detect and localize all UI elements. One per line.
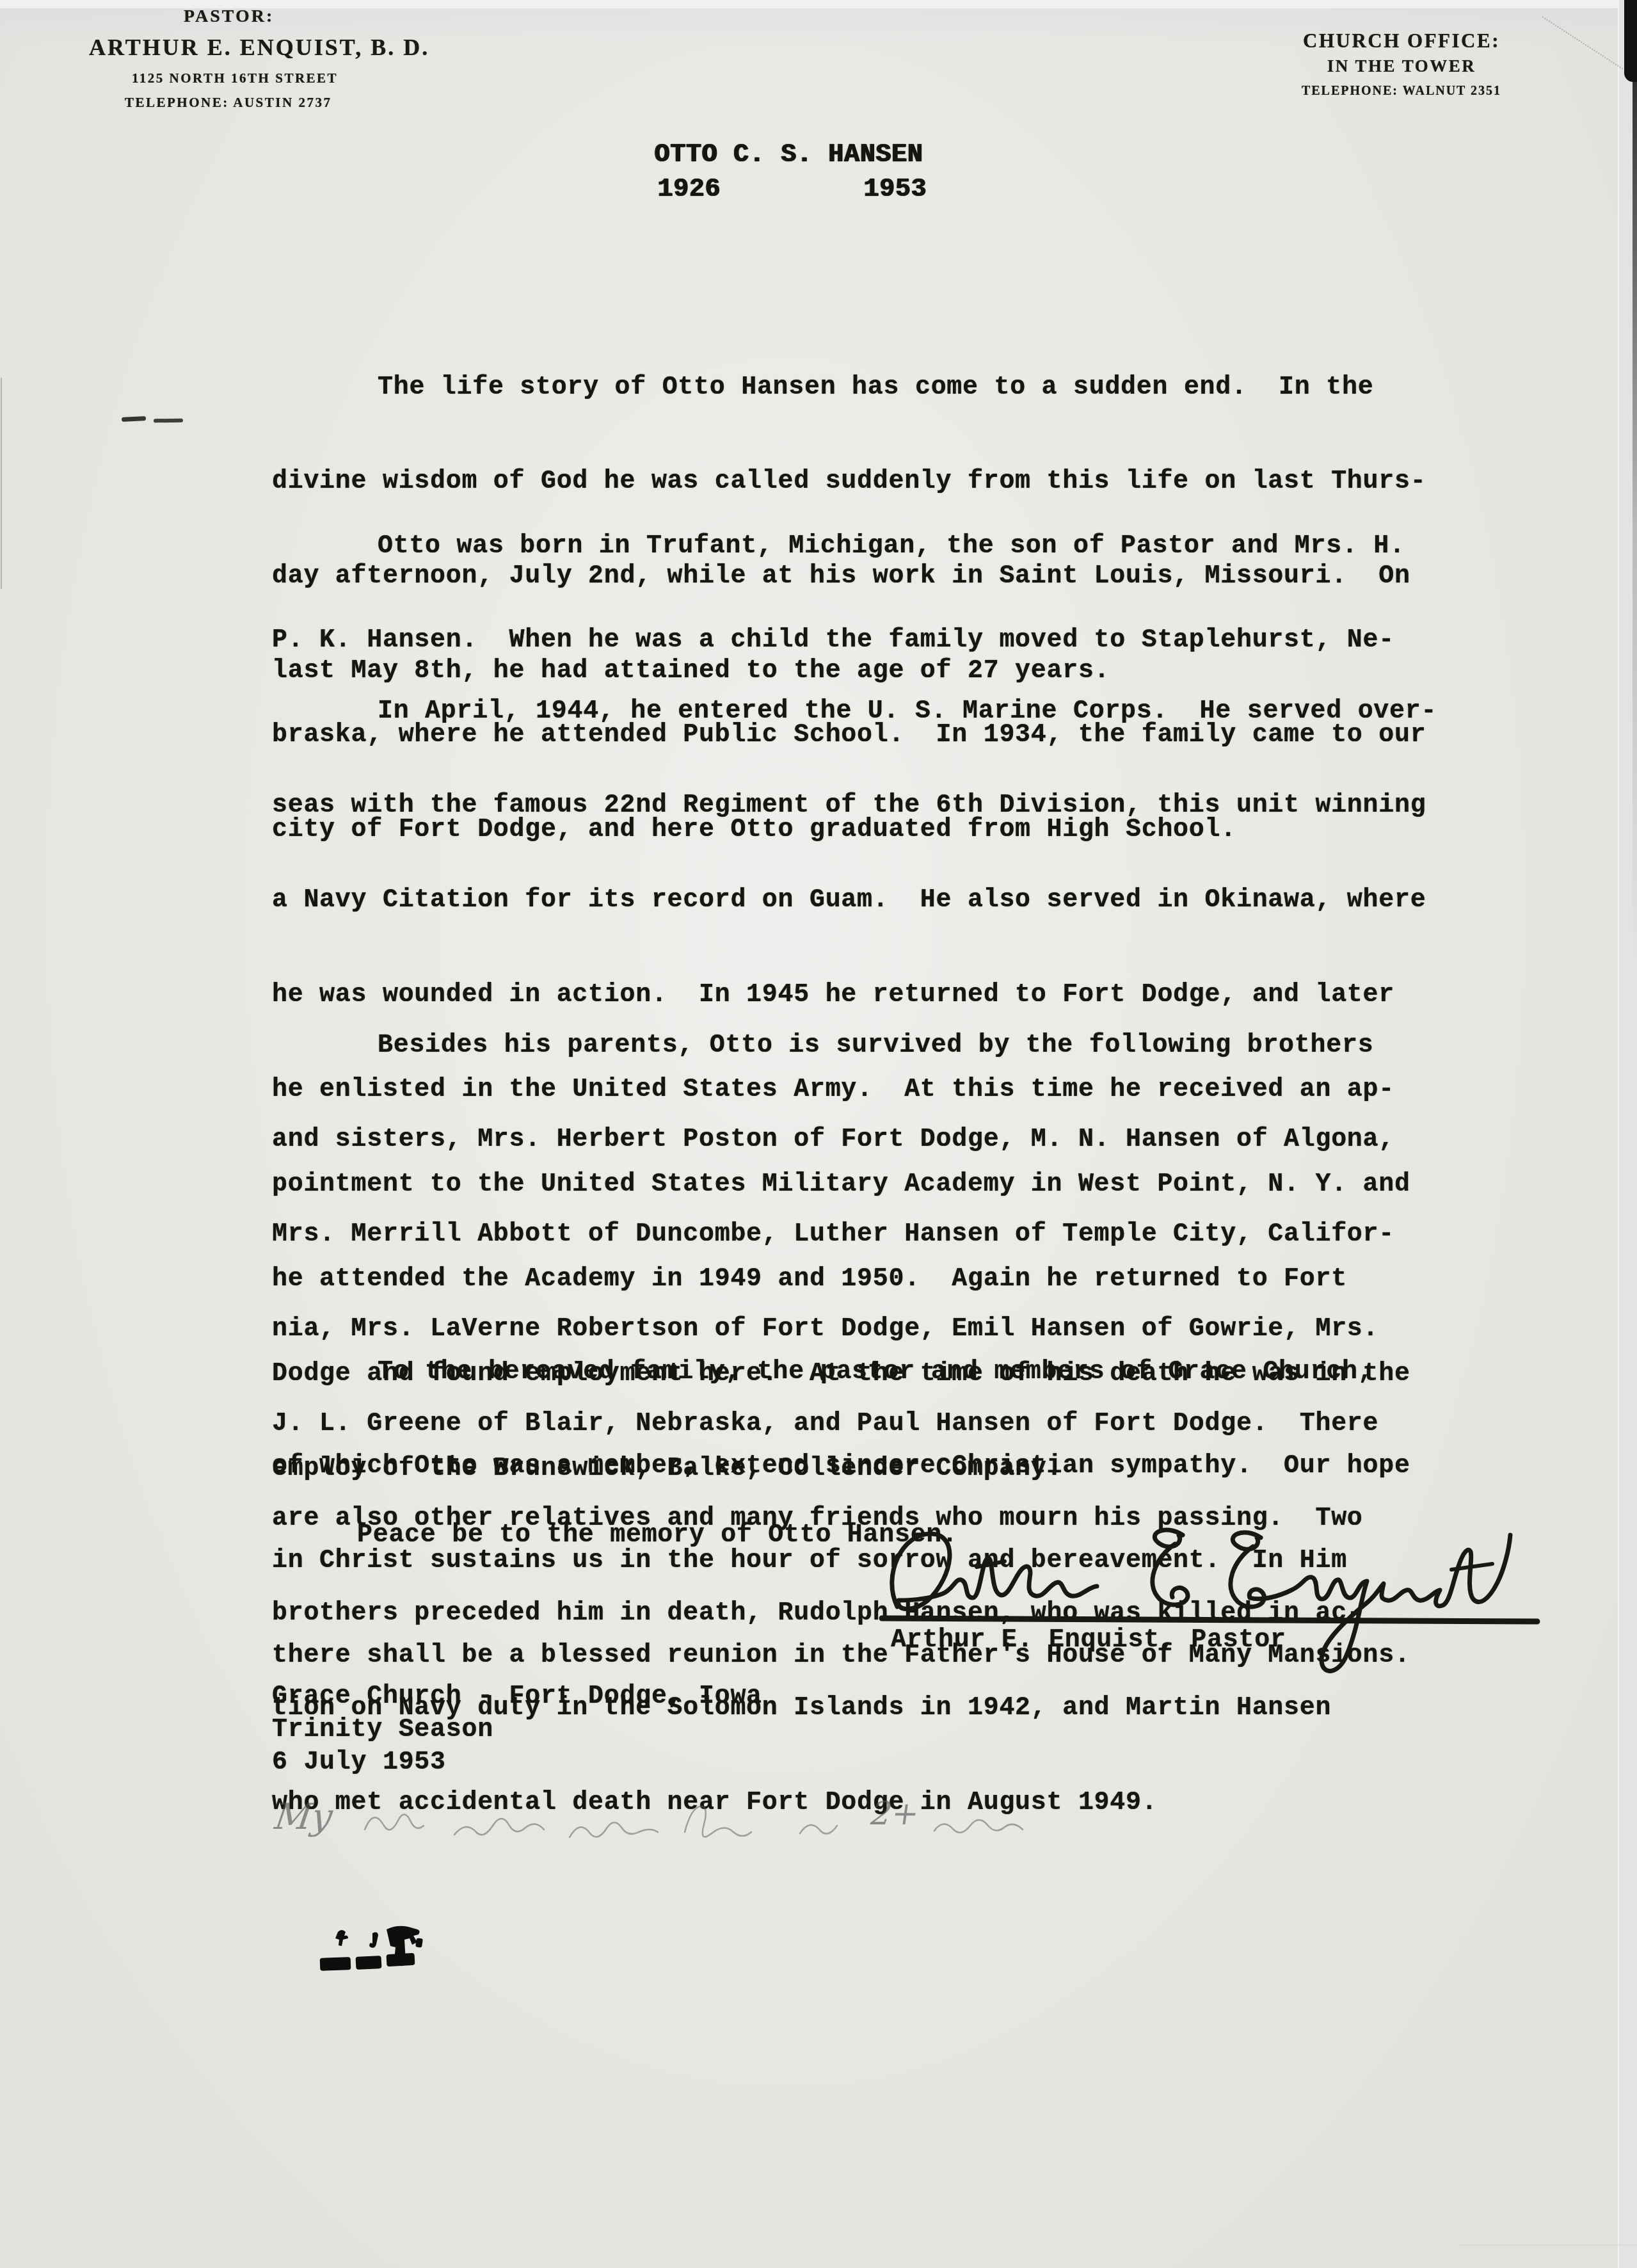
memorial-name-title: OTTO C. S. HANSEN: [654, 141, 923, 170]
paper-bottom-seam: [1459, 2244, 1637, 2246]
text-line: a Navy Citation for its record on Guam. …: [272, 885, 1501, 916]
text-line: seas with the famous 22nd Regiment of th…: [272, 790, 1501, 821]
text-line: In April, 1944, he entered the U. S. Mar…: [272, 696, 1501, 727]
signature-block: [864, 1506, 1542, 1698]
letterhead-pastor-title: PASTOR:: [184, 6, 274, 27]
scan-right-shadow: [1633, 0, 1637, 960]
letterhead-pastor-name: ARTHUR E. ENQUIST, B. D.: [89, 34, 429, 61]
text-line: The life story of Otto Hansen has come t…: [272, 372, 1501, 403]
ink-blot: [308, 1920, 456, 1981]
text-line: and sisters, Mrs. Herbert Poston of Fort…: [272, 1124, 1501, 1155]
scan-left-scratch: [1, 378, 2, 589]
birth-year: 1926: [657, 175, 721, 204]
paper-speckle-line: [1542, 16, 1624, 69]
church-office-title: CHURCH OFFICE:: [1251, 29, 1552, 52]
letterhead-pastor-address: 1125 NORTH 16TH STREET: [132, 70, 338, 86]
pencil-scribble: [269, 1790, 1075, 1860]
letterhead-pastor-phone: TELEPHONE: AUSTIN 2737: [125, 95, 331, 111]
text-line: Otto was born in Trufant, Michigan, the …: [272, 531, 1501, 562]
signature-underline: [882, 1618, 1537, 1621]
text-line: To the bereaved family, the pastor and m…: [272, 1356, 1501, 1388]
text-line: Mrs. Merrill Abbott of Duncombe, Luther …: [272, 1219, 1501, 1250]
church-office-location: IN THE TOWER: [1251, 56, 1552, 76]
text-line: Besides his parents, Otto is survived by…: [272, 1030, 1501, 1061]
footer-church-line: Grace Church - Fort Dodge, Iowa: [272, 1682, 762, 1711]
signature-script: [864, 1506, 1542, 1698]
letterhead-church-office: CHURCH OFFICE: IN THE TOWER TELEPHONE: W…: [1251, 0, 1552, 46]
footer-season-line: Trinity Season: [272, 1716, 493, 1744]
scan-corner-black: [1624, 0, 1637, 82]
footer-date-line: 6 July 1953: [272, 1748, 446, 1777]
margin-dash-mark: [154, 419, 183, 423]
death-year: 1953: [863, 175, 927, 204]
margin-dash-mark: [122, 416, 146, 422]
signature-typed-name: Arthur E. Enquist, Pastor: [891, 1626, 1286, 1655]
church-office-phone: TELEPHONE: WALNUT 2351: [1251, 84, 1552, 99]
